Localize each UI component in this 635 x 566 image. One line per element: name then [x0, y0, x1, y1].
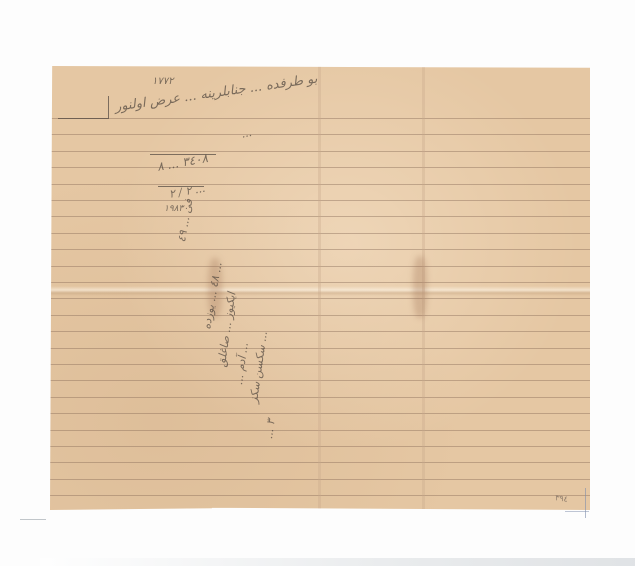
scanner-shadow [40, 558, 635, 566]
stain-right [413, 256, 427, 318]
hook-stroke [108, 96, 109, 119]
header-numbers: ١٧٧٢ [152, 76, 173, 87]
page-number: ٣٩٤ [554, 493, 568, 504]
scan-corner-mark [585, 488, 586, 518]
manuscript-page: ١٧٧٢ بو طرفده ... جنابلرینه ... عرض اولن… [50, 66, 590, 510]
scan-corner-mark-h [565, 511, 589, 512]
vertical-fold-left [318, 66, 321, 510]
underline-stroke [58, 118, 108, 119]
handwriting-lower-5: ... ٣ [262, 418, 278, 440]
scan-edge-mark [20, 519, 46, 520]
